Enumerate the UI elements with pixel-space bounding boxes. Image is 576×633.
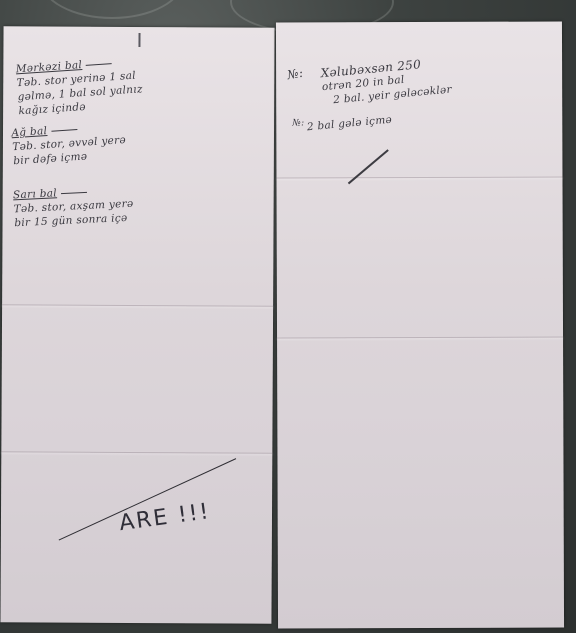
section-heading: Ağ bal: [11, 125, 47, 139]
note-section: Mərkəzi bal Təb. stor yerinə 1 sal gəlmə…: [15, 54, 144, 118]
note-section: Ağ bal Təb. stor, əvvəl yerə bir dəfə iç…: [11, 119, 127, 168]
note-line: 2 bal gələ içmə: [306, 113, 392, 135]
fabric-pattern: [40, 0, 184, 19]
section-heading: Sarı bal: [13, 187, 57, 201]
fold-line: [277, 337, 563, 339]
note-section: Sarı bal Təb. stor, axşam yerə bir 15 gü…: [13, 183, 135, 231]
right-paper-sheet: №: Xəlubəxsən 250 otrən 20 in bal 2 bal.…: [276, 22, 564, 629]
left-paper-sheet: Mərkəzi bal Təb. stor yerinə 1 sal gəlmə…: [0, 26, 274, 623]
signature: [337, 136, 392, 188]
fold-line: [2, 304, 273, 306]
fold-line: [1, 451, 272, 453]
fold-line: [276, 177, 562, 179]
note-section: Xəlubəxsən 250 otrən 20 in bal 2 bal. ye…: [320, 55, 452, 109]
pin-mark: [138, 33, 140, 47]
number-prefix: №:: [292, 116, 304, 130]
number-prefix: №:: [286, 66, 304, 83]
